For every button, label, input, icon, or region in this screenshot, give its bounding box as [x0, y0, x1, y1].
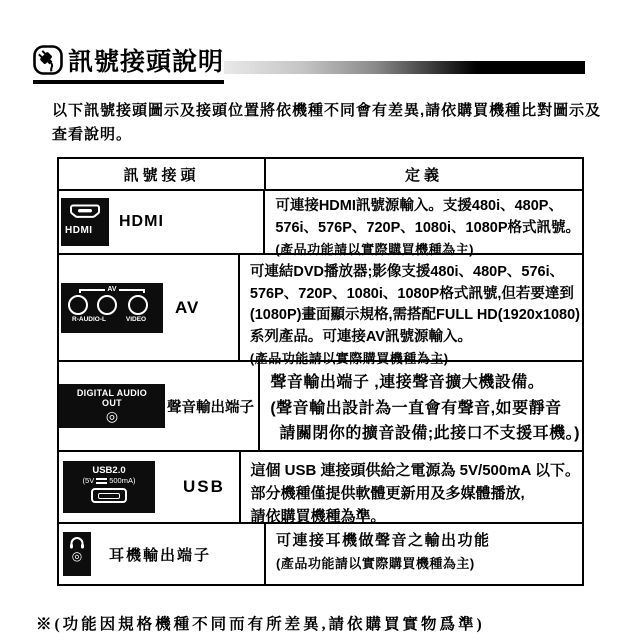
definition-line: 系列產品。可連接AV訊號源輸入。	[250, 327, 580, 349]
header-connector-label: 訊號接頭	[123, 164, 199, 185]
definition-line: 可連接HDMI訊號源輸入。支援480i、480P、	[275, 196, 580, 218]
definition-line: 576P、720P、1080i、1080P格式訊號,但若要達到	[250, 284, 580, 306]
definition-line: 這個 USB 連接頭供給之電源為 5V/500mA 以下。	[251, 459, 581, 482]
table-row-usb: USB2.0 (5V 500mA) USB 這個 USB 連接頭供給之電源為 5…	[59, 450, 582, 522]
table-row-audio-out: DIGITAL AUDIO OUT ◎ 聲音輸出端子 聲音輸出端子 ,連接聲音擴…	[59, 360, 582, 450]
usb-definition-cell: 這個 USB 連接頭供給之電源為 5V/500mA 以下。 部分機種僅提供軟體更…	[241, 452, 583, 522]
headphone-glyph	[69, 536, 85, 549]
section-header: 訊號接頭說明	[33, 42, 585, 84]
signal-connector-table: 訊號接頭 定義 HDMI HDMI 可連接HDMI訊號源輸入。支援480i、48…	[57, 157, 584, 586]
headphone-jack-icon: ◎	[63, 532, 91, 576]
usb-voltage-pre: (5V	[83, 476, 95, 485]
intro-line-1: 以下訊號接頭圖示及接頭位置將依機種不同會有差異,請依購買機種比對圖示及	[52, 99, 610, 123]
hdmi-connector-cell: HDMI HDMI	[59, 191, 265, 253]
rca-jack-video	[128, 295, 148, 315]
gradient-bar	[224, 61, 585, 74]
definition-line: 可連結DVD播放器;影像支援480i、480P、576i、	[250, 262, 580, 284]
av-definition-cell: 可連結DVD播放器;影像支援480i、480P、576i、 576P、720P、…	[240, 255, 582, 360]
table-row-headphone: ◎ 耳機輸出端子 可連接耳機做聲音之輸出功能 (產品功能請以實際購買機種為主)	[59, 522, 582, 584]
connector-label-audio-out: 聲音輸出端子	[167, 396, 254, 417]
page-title: 訊號接頭說明	[68, 42, 224, 78]
definition-line: 576i、576P、720P、1080i、1080P格式訊號。	[275, 218, 580, 240]
table-header-row: 訊號接頭 定義	[59, 159, 582, 189]
hdmi-icon-text: HDMI	[65, 225, 93, 236]
table-row-av: AV R-AUDIO-L VIDEO AV 可連結DVD播放	[59, 253, 582, 360]
headphone-definition-cell: 可連接耳機做聲音之輸出功能 (產品功能請以實際購買機種為主)	[266, 524, 582, 584]
header-definition-cell: 定義	[266, 159, 582, 189]
connector-label-headphone: 耳機輸出端子	[109, 544, 211, 565]
manual-page: 訊號接頭說明 以下訊號接頭圖示及接頭位置將依機種不同會有差異,請依購買機種比對圖…	[0, 0, 640, 640]
digital-audio-text-2: OUT	[102, 398, 122, 408]
digital-audio-out-icon: DIGITAL AUDIO OUT ◎	[59, 384, 165, 428]
definition-line: 請關閉你的擴音設備;此接口不支援耳機。)	[270, 421, 580, 447]
usb-icon-text: USB2.0	[92, 466, 125, 476]
hdmi-definition-cell: 可連接HDMI訊號源輸入。支援480i、480P、 576i、576P、720P…	[265, 191, 582, 253]
section-title-block: 訊號接頭說明	[33, 42, 224, 84]
table-row-hdmi: HDMI HDMI 可連接HDMI訊號源輸入。支援480i、480P、 576i…	[59, 189, 582, 253]
connector-label-hdmi: HDMI	[119, 213, 164, 231]
rca-jacks	[68, 295, 163, 315]
av-icon-text: AV	[105, 286, 118, 294]
av-audio-label: R-AUDIO-L	[61, 316, 117, 323]
connector-label-usb: USB	[183, 477, 225, 497]
definition-line: 聲音輸出端子 ,連接聲音擴大機設備。	[270, 370, 580, 396]
digital-audio-text-1: DIGITAL AUDIO	[77, 388, 147, 398]
headphone-connector-cell: ◎ 耳機輸出端子	[59, 524, 266, 584]
usb-port-glyph	[91, 488, 127, 503]
header-definition-label: 定義	[405, 164, 443, 185]
footnote: ※(功能因規格機種不同而有所差異,請依購買實物爲準)	[36, 612, 620, 634]
usb-port-icon: USB2.0 (5V 500mA)	[63, 461, 155, 513]
audio-out-definition-cell: 聲音輸出端子 ,連接聲音擴大機設備。 (聲音輸出設計為一直會有聲音,如要靜音 請…	[260, 362, 582, 450]
av-jacks-icon: AV R-AUDIO-L VIDEO	[61, 283, 163, 333]
hdmi-port-icon: HDMI	[61, 198, 109, 246]
jack-socket-glyph: ◎	[72, 550, 82, 563]
av-connector-cell: AV R-AUDIO-L VIDEO AV	[59, 255, 240, 360]
dc-symbol	[96, 478, 107, 484]
definition-line: (1080P)畫面顯示規格,需搭配FULL HD(1920x1080)	[250, 305, 580, 327]
rca-jack-audio-r	[68, 295, 88, 315]
usb-connector-cell: USB2.0 (5V 500mA) USB	[59, 452, 241, 522]
definition-note: (產品功能請以實際購買機種為主)	[276, 552, 580, 575]
header-connector-cell: 訊號接頭	[59, 159, 266, 189]
rca-jack-audio-l	[97, 295, 117, 315]
intro-paragraph: 以下訊號接頭圖示及接頭位置將依機種不同會有差異,請依購買機種比對圖示及 查看說明…	[52, 99, 610, 147]
audio-out-connector-cell: DIGITAL AUDIO OUT ◎ 聲音輸出端子	[59, 362, 260, 450]
connector-label-av: AV	[175, 298, 199, 318]
definition-line: 部分機種僅提供軟體更新用及多媒體播放,	[251, 482, 581, 505]
jack-socket-glyph: ◎	[106, 409, 118, 423]
plug-icon	[33, 45, 63, 75]
definition-line: (聲音輸出設計為一直會有聲音,如要靜音	[270, 396, 580, 422]
av-bracket: AV	[79, 286, 145, 294]
intro-line-2: 查看說明。	[52, 123, 610, 147]
definition-line: 可連接耳機做聲音之輸出功能	[276, 529, 580, 552]
av-video-label: VIDEO	[121, 316, 151, 323]
hdmi-connector-glyph	[69, 204, 101, 219]
usb-voltage-post: 500mA)	[109, 476, 135, 485]
